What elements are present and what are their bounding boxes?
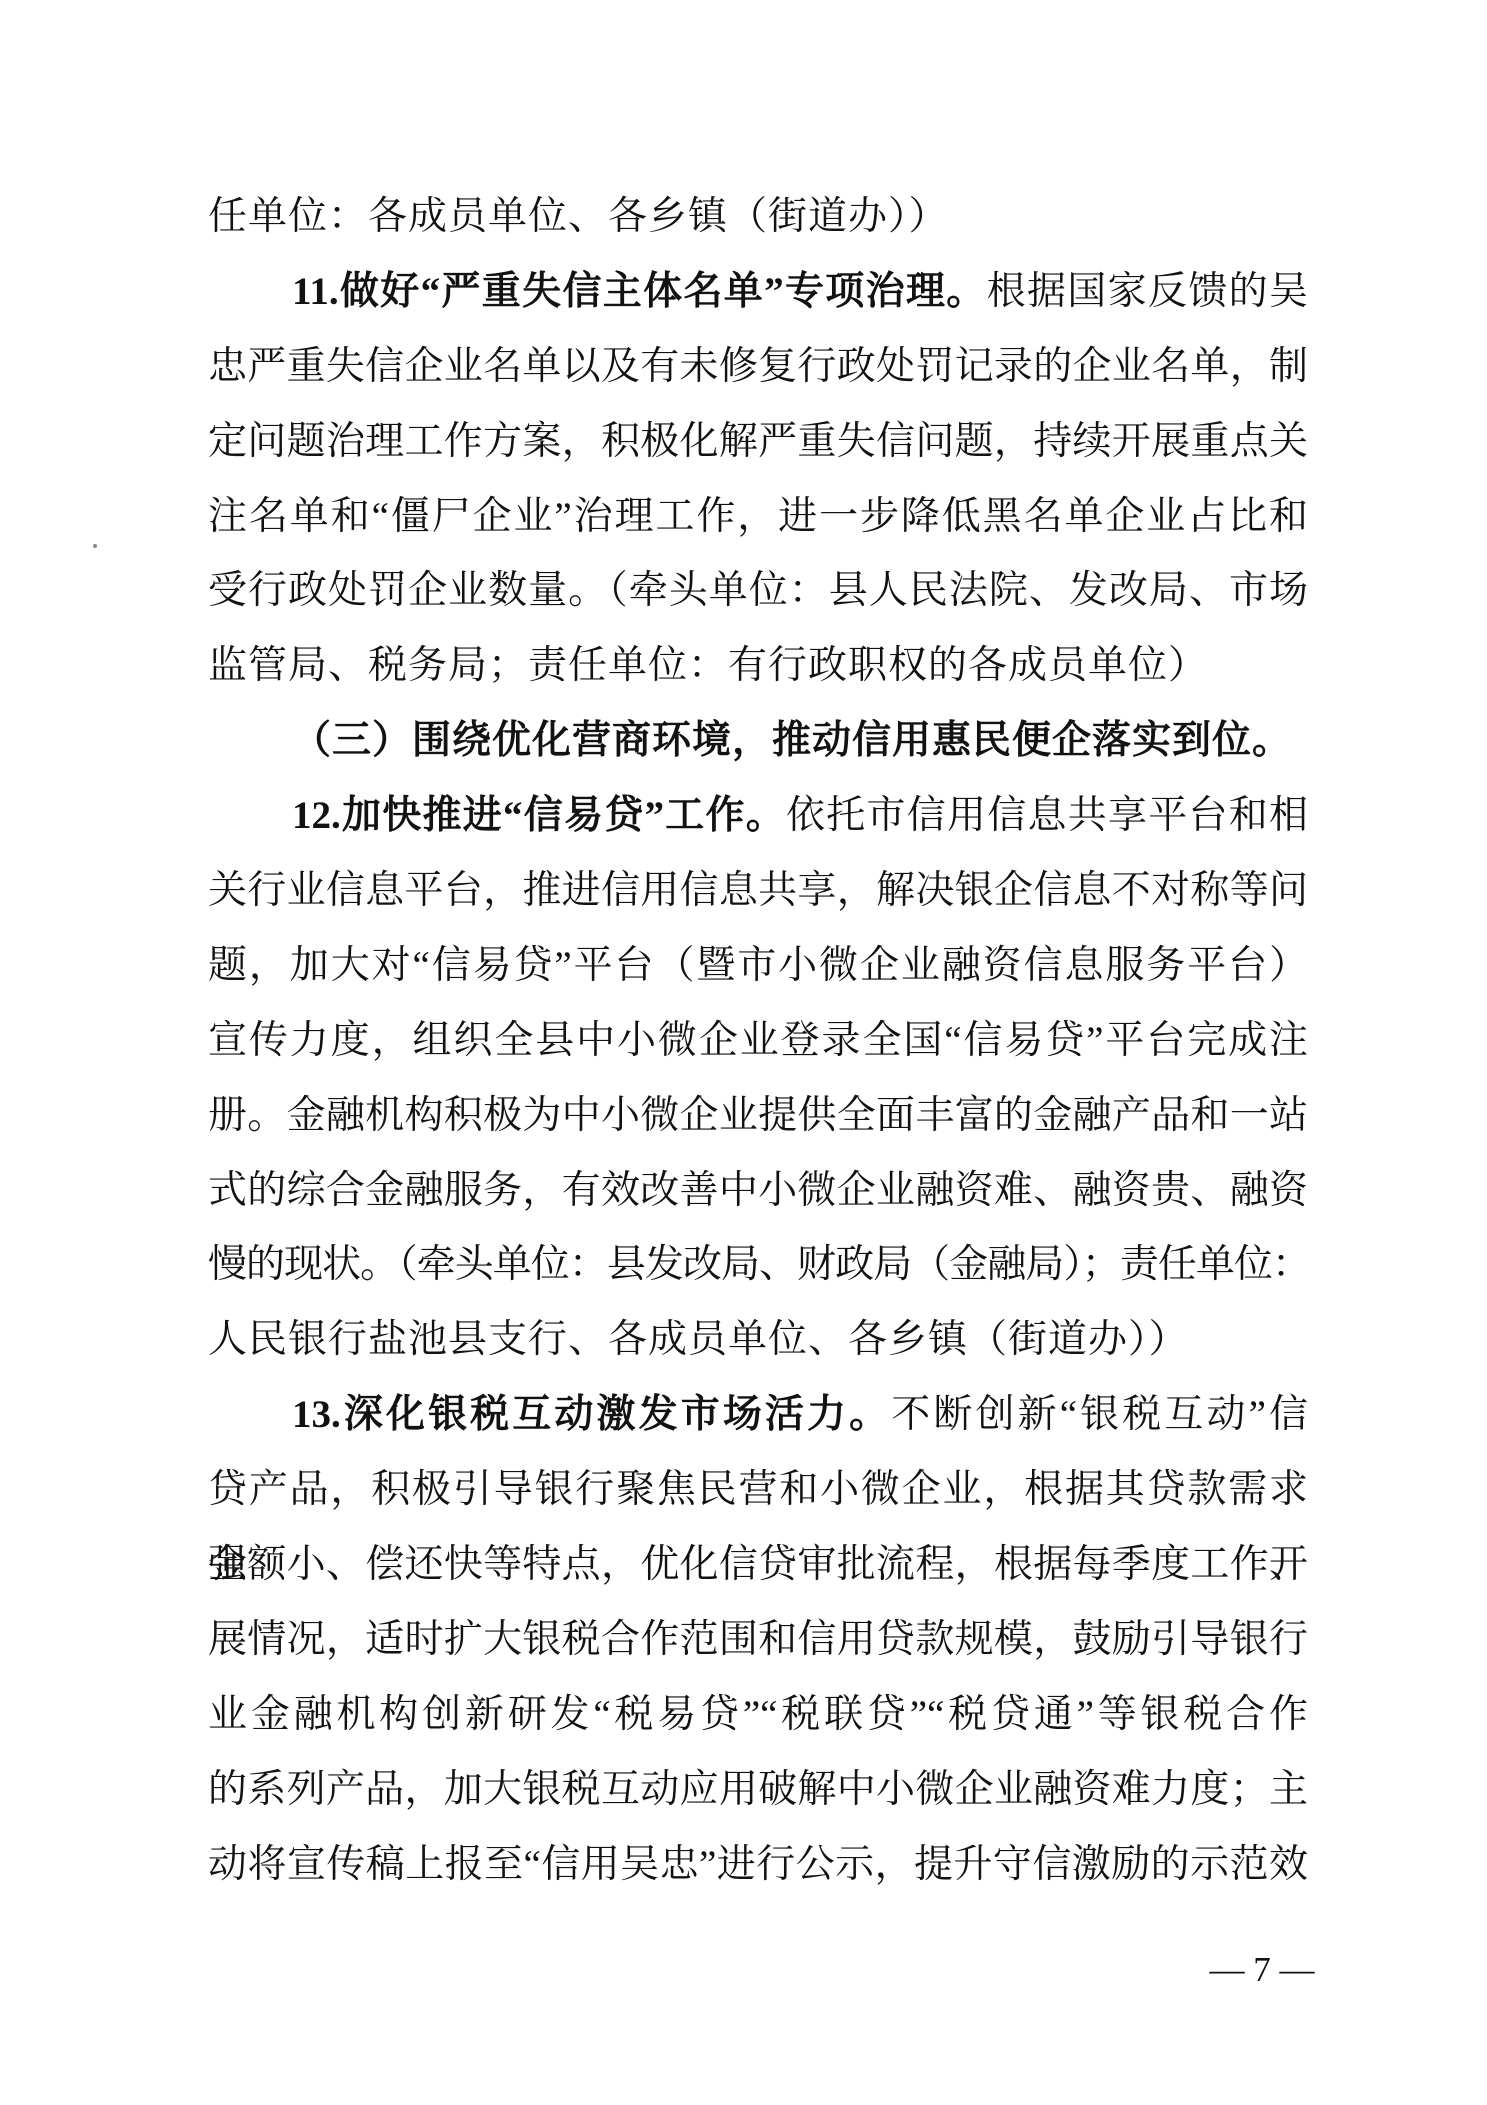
text-line: 任单位：各成员单位、各乡镇（街道办）） xyxy=(208,180,1308,255)
body-text: 忠严重失信企业名单以及有未修复行政处罚记录的企业名单，制 xyxy=(208,345,1308,388)
body-text: 人民银行盐池县支行、各成员单位、各乡镇（街道办）） xyxy=(208,1318,1189,1361)
body-text: 式的综合金融服务，有效改善中小微企业融资难、融资贵、融资 xyxy=(208,1169,1308,1212)
body-text: 慢的现状。（牵头单位：县发改局、财政局（金融局）；责任单位： xyxy=(208,1243,1308,1286)
body-text: 根据国家反馈的吴 xyxy=(987,270,1308,313)
body-text: 动将宣传稿上报至“信用吴忠”进行公示，提升守信激励的示范效 xyxy=(208,1843,1308,1886)
text-line: 的系列产品，加大银税互动应用破解中小微企业融资难力度；主 xyxy=(208,1753,1308,1828)
body-text: 依托市信用信息共享平台和相 xyxy=(786,794,1308,837)
body-text: 受行政处罚企业数量。（牵头单位：县人民法院、发改局、市场 xyxy=(208,569,1308,612)
text-line: 式的综合金融服务，有效改善中小微企业融资难、融资贵、融资 xyxy=(208,1154,1308,1229)
text-line: 关行业信息平台，推进信用信息共享，解决银企信息不对称等问 xyxy=(208,854,1308,929)
document-body: 任单位：各成员单位、各乡镇（街道办））11.做好“严重失信主体名单”专项治理。根… xyxy=(208,180,1308,1902)
scan-speck-artifact xyxy=(93,544,97,548)
text-line: 12.加快推进“信易贷”工作。依托市信用信息共享平台和相 xyxy=(208,779,1308,854)
emphasis-text: 12.加快推进“信易贷”工作。 xyxy=(292,794,786,837)
text-line: 忠严重失信企业名单以及有未修复行政处罚记录的企业名单，制 xyxy=(208,330,1308,405)
text-line: 册。金融机构积极为中小微企业提供全面丰富的金融产品和一站 xyxy=(208,1079,1308,1154)
body-text: 册。金融机构积极为中小微企业提供全面丰富的金融产品和一站 xyxy=(208,1094,1308,1137)
text-line: 受行政处罚企业数量。（牵头单位：县人民法院、发改局、市场 xyxy=(208,554,1308,629)
text-line: 监管局、税务局；责任单位：有行政职权的各成员单位） xyxy=(208,629,1308,704)
body-text: 定问题治理工作方案，积极化解严重失信问题，持续开展重点关 xyxy=(208,420,1308,463)
page-number: — 7 — xyxy=(1192,1948,1332,1992)
body-text: 宣传力度，组织全县中小微企业登录全国“信易贷”平台完成注 xyxy=(208,1019,1308,1062)
body-text: 监管局、税务局；责任单位：有行政职权的各成员单位） xyxy=(208,644,1208,687)
text-line: 业金融机构创新研发“税易贷”“税联贷”“税贷通”等银税合作 xyxy=(208,1678,1308,1753)
text-line: 题，加大对“信易贷”平台（暨市小微企业融资信息服务平台） xyxy=(208,929,1308,1004)
body-text: 业金融机构创新研发“税易贷”“税联贷”“税贷通”等银税合作 xyxy=(208,1693,1308,1736)
body-text: 的系列产品，加大银税互动应用破解中小微企业融资难力度；主 xyxy=(208,1768,1308,1811)
emphasis-text: 13.深化银税互动激发市场活力。 xyxy=(292,1393,891,1436)
text-line: 金额小、偿还快等特点，优化信贷审批流程，根据每季度工作开 xyxy=(208,1528,1308,1603)
body-text: 展情况，适时扩大银税合作范围和信用贷款规模，鼓励引导银行 xyxy=(208,1618,1308,1661)
text-line: 定问题治理工作方案，积极化解严重失信问题，持续开展重点关 xyxy=(208,405,1308,480)
emphasis-text: （三）围绕优化营商环境，推动信用惠民便企落实到位。 xyxy=(292,719,1292,762)
text-line: 慢的现状。（牵头单位：县发改局、财政局（金融局）；责任单位： xyxy=(208,1228,1308,1303)
text-line: 人民银行盐池县支行、各成员单位、各乡镇（街道办）） xyxy=(208,1303,1308,1378)
text-line: 11.做好“严重失信主体名单”专项治理。根据国家反馈的吴 xyxy=(208,255,1308,330)
text-line: 宣传力度，组织全县中小微企业登录全国“信易贷”平台完成注 xyxy=(208,1004,1308,1079)
body-text: 金额小、偿还快等特点，优化信贷审批流程，根据每季度工作开 xyxy=(208,1543,1308,1586)
body-text: 不断创新“银税互动”信 xyxy=(891,1393,1308,1436)
text-line: 动将宣传稿上报至“信用吴忠”进行公示，提升守信激励的示范效 xyxy=(208,1828,1308,1903)
text-line: 贷产品，积极引导银行聚焦民营和小微企业，根据其贷款需求强、 xyxy=(208,1453,1308,1528)
text-line: （三）围绕优化营商环境，推动信用惠民便企落实到位。 xyxy=(208,704,1308,779)
emphasis-text: 11.做好“严重失信主体名单”专项治理。 xyxy=(292,270,987,313)
document-page: { "page": { "background_color": "#ffffff… xyxy=(0,0,1487,2105)
text-line: 13.深化银税互动激发市场活力。不断创新“银税互动”信 xyxy=(208,1378,1308,1453)
body-text: 注名单和“僵尸企业”治理工作，进一步降低黑名单企业占比和 xyxy=(208,495,1308,538)
text-line: 注名单和“僵尸企业”治理工作，进一步降低黑名单企业占比和 xyxy=(208,480,1308,555)
text-line: 展情况，适时扩大银税合作范围和信用贷款规模，鼓励引导银行 xyxy=(208,1603,1308,1678)
body-text: 任单位：各成员单位、各乡镇（街道办）） xyxy=(208,195,949,238)
body-text: 题，加大对“信易贷”平台（暨市小微企业融资信息服务平台） xyxy=(208,944,1308,987)
body-text: 关行业信息平台，推进信用信息共享，解决银企信息不对称等问 xyxy=(208,869,1308,912)
